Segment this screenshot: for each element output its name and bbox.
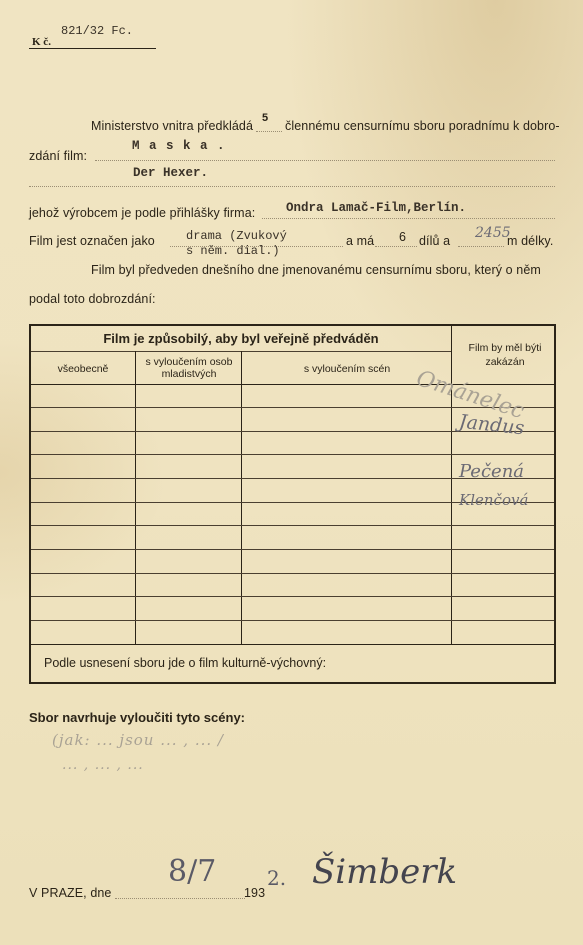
film-title-czech: M a s k a . <box>132 139 226 153</box>
table-row-line <box>31 596 554 597</box>
producer-value: Ondra Lamač-Film,Berlín. <box>286 201 466 215</box>
genre-line-2: s něm. dial.) <box>186 244 280 258</box>
parts-label-after: dílů a <box>419 234 450 248</box>
signature-ban-3: Pečená <box>459 461 524 482</box>
parts-count: 6 <box>399 230 406 244</box>
members-count-field-line <box>256 131 282 132</box>
film-title-second-line <box>29 186 555 187</box>
place-label: V PRAZE, dne <box>29 886 112 900</box>
column-divider-2 <box>241 351 242 644</box>
reference-underline <box>29 48 156 49</box>
table-footer-educational: Podle usnesení sboru jde o film kulturně… <box>44 656 326 670</box>
signature-ban-4: Klenčová <box>459 491 528 509</box>
parts-label-before: a má <box>346 234 374 248</box>
table-body-bottom <box>31 644 554 645</box>
table-group-header: Film je způsobilý, aby byl veřejně předv… <box>31 331 451 346</box>
year-prefix: 193 <box>244 886 265 900</box>
official-signature: Šimberk <box>312 852 457 892</box>
film-title-german: Der Hexer. <box>133 166 208 180</box>
table-row-line <box>31 549 554 550</box>
year-suffix-handwritten: 2. <box>267 866 286 890</box>
column-header-generally: všeobecně <box>31 363 135 375</box>
length-field-line <box>458 246 504 247</box>
column-header-ban: Film by měl býti zakázán <box>454 341 556 369</box>
reference-number: 821/32 Fc. <box>61 24 133 38</box>
producer-label: jehož výrobcem je podle přihlášky firma: <box>29 206 255 220</box>
table-row-line <box>31 454 554 455</box>
table-row-line <box>31 620 554 621</box>
table-row-line <box>31 525 554 526</box>
length-unit: m délky. <box>507 234 553 248</box>
producer-field-line <box>262 218 555 219</box>
film-title-field-line <box>95 160 555 161</box>
intro-text-after: člennému censurnímu sboru poradnímu k do… <box>285 119 560 133</box>
verdict-table: Film je způsobilý, aby byl veřejně předv… <box>29 324 556 684</box>
parts-field-line <box>375 246 417 247</box>
presentation-line-1: Film byl předveden dnešního dne jmenovan… <box>91 263 541 277</box>
members-count: 5 <box>262 112 268 124</box>
presentation-line-2: podal toto dobrozdání: <box>29 292 156 306</box>
date-handwritten: 8/7 <box>168 854 216 889</box>
reference-label: K č. <box>32 36 51 48</box>
date-field-line <box>115 898 245 899</box>
genre-line-1: drama (Zvukový <box>186 229 287 243</box>
film-label: zdání film: <box>29 149 87 163</box>
table-row-line <box>31 573 554 574</box>
scenes-handwritten-line-1: (jak: ... jsou ... , ... / <box>52 731 224 749</box>
column-divider-1 <box>135 351 136 644</box>
classification-label: Film jest označen jako <box>29 234 155 248</box>
column-header-excluding-youth: s vyloučením osob mladistvých <box>137 356 241 380</box>
intro-text-before: Ministerstvo vnitra předkládá <box>91 119 253 133</box>
scenes-handwritten-line-2: ... , ... , ... <box>62 757 144 773</box>
scenes-heading: Sbor navrhuje vyloučiti tyto scény: <box>29 710 245 725</box>
length-value-handwritten: 2455 <box>475 225 511 241</box>
